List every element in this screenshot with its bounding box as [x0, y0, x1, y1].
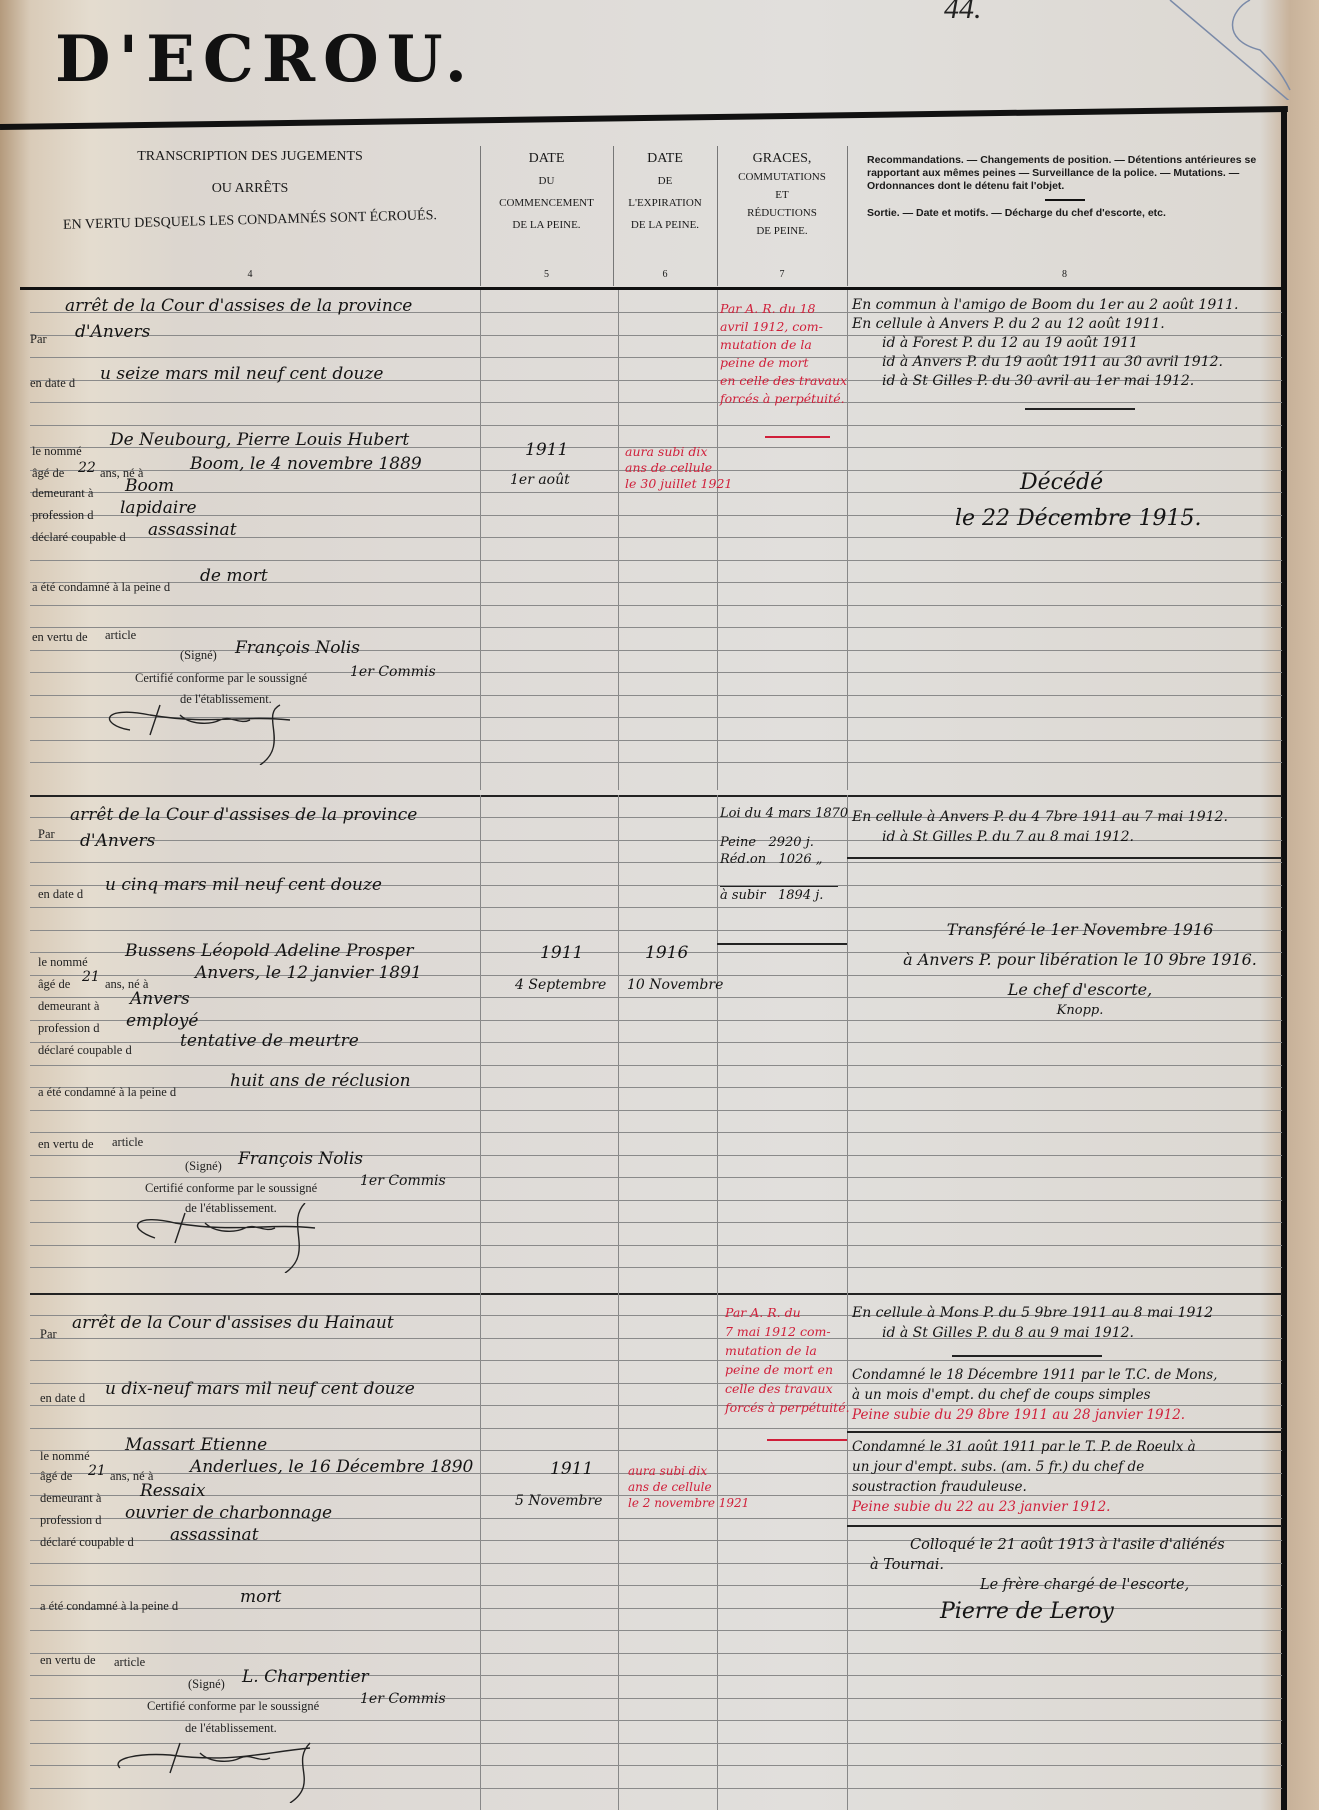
exit-line: Colloqué le 21 août 1913 à l'asile d'ali… [870, 1535, 1225, 1555]
field-start-year: 1911 [550, 1459, 593, 1479]
signature-icon [90, 695, 310, 765]
label-condamne: a été condamné à la peine d [38, 1085, 176, 1100]
field-peine: mort [240, 1587, 281, 1607]
remarks-divider [847, 1525, 1282, 1527]
field-expiration: aura subi dix ans de cellule le 2 novemb… [628, 1463, 749, 1511]
field-par: arrêt de la Cour d'assises de la provinc… [70, 805, 417, 825]
ruled-line [30, 402, 1282, 403]
header-col6-number: 6 [613, 269, 717, 280]
field-exit: Colloqué le 21 août 1913 à l'asile d'ali… [870, 1535, 1225, 1629]
header-col6-line4: de la peine. [613, 216, 717, 234]
field-par: arrêt de la Cour d'assises de la provinc… [65, 296, 412, 316]
red-underline [765, 436, 830, 438]
label-nomme: le nommé [40, 1449, 90, 1464]
register-entry: Par arrêt de la Cour d'assises de la pro… [20, 290, 1282, 790]
header-col8-divider [1045, 199, 1085, 201]
expiration-line: ans de cellule [625, 460, 732, 476]
graces-line: Par A. R. du 18 [720, 300, 847, 318]
exit-line: à Anvers P. pour libération le 10 9bre 1… [900, 945, 1260, 975]
header-col7-line1: Graces, [717, 150, 847, 168]
register-entry: Par arrêt de la Cour d'assises du Hainau… [20, 1293, 1282, 1810]
label-par: Par [30, 332, 47, 347]
label-en-date: en date d [40, 1391, 85, 1406]
label-article: article [105, 628, 136, 643]
header-col8-text2: Sortie. — Date et motifs. — Décharge du … [847, 207, 1282, 220]
header-col7-line3: et [717, 186, 847, 204]
header-col8-number: 8 [847, 269, 1282, 280]
field-ne-a: Anderlues, le 16 Décembre 1890 [190, 1457, 473, 1477]
entry-top-rule [30, 795, 1282, 797]
expiration-line: le 30 juillet 1921 [625, 476, 732, 492]
field-ne-a: Boom, le 4 novembre 1889 [190, 454, 422, 474]
remarks-line: En cellule à Anvers P. du 4 7bre 1911 au… [852, 807, 1228, 827]
field-start-date: 4 Septembre [515, 977, 606, 993]
ruled-line [30, 650, 1282, 651]
graces-line: peine de mort en [725, 1360, 850, 1379]
field-signe: François Nolis [235, 638, 360, 658]
remarks-line: id à St Gilles P. du 30 avril au 1er mai… [852, 372, 1239, 391]
field-par-2: d'Anvers [75, 322, 150, 342]
remarks-line: id à Anvers P. du 19 août 1911 au 30 avr… [852, 353, 1239, 372]
label-signe: (Signé) [185, 1159, 222, 1174]
field-graces: Par A. R. du 18 avril 1912, com- mutatio… [720, 300, 847, 408]
field-graces: Par A. R. du 7 mai 1912 com- mutation de… [725, 1303, 850, 1417]
header-col4-line1: Transcription des jugements [20, 148, 480, 166]
ruled-line [30, 1653, 1282, 1654]
ruled-line [30, 560, 1282, 561]
field-age: 21 [88, 1463, 106, 1479]
remarks-line: soustraction frauduleuse. [852, 1477, 1196, 1497]
field-signe: L. Charpentier [242, 1667, 369, 1687]
label-par: Par [38, 827, 55, 842]
graces-line: Réd.on 1026 „ [720, 851, 848, 868]
header-col7-line2: commutations [717, 168, 847, 186]
col-divider [618, 1293, 619, 1810]
field-remarks-2: Condamné le 18 Décembre 1911 par le T.C.… [852, 1365, 1217, 1425]
graces-line: forcés à perpétuité. [720, 390, 847, 408]
field-start-date: 5 Novembre [515, 1493, 602, 1509]
remarks-line: id à St Gilles P. du 8 au 9 mai 1912. [852, 1323, 1213, 1343]
ruled-line [30, 862, 1282, 863]
label-demeurant: demeurant à [40, 1491, 101, 1506]
ruled-line [30, 1110, 1282, 1111]
header-col5-line2: du [480, 172, 613, 190]
label-par: Par [40, 1327, 57, 1342]
label-en-vertu: en vertu de [32, 630, 88, 645]
ruled-line [30, 1428, 1282, 1429]
field-start-date: 1er août [510, 472, 570, 488]
graces-line: forcés à perpétuité. [725, 1398, 850, 1417]
header-col5-number: 5 [480, 269, 613, 280]
field-start-year: 1911 [525, 440, 568, 460]
col-divider [480, 290, 481, 790]
label-condamne: a été condamné à la peine d [32, 580, 170, 595]
page-number: 44. [944, 0, 982, 26]
remarks-line: En cellule à Anvers P. du 2 au 12 août 1… [852, 315, 1239, 334]
label-signe: (Signé) [188, 1677, 225, 1692]
frame-top-rule [0, 106, 1288, 130]
field-expiration: aura subi dix ans de cellule le 30 juill… [625, 444, 732, 492]
graces-line: mutation de la [720, 336, 847, 354]
field-profession: ouvrier de charbonnage [125, 1503, 332, 1523]
exit-line: Knopp. [900, 1005, 1260, 1017]
label-signe: (Signé) [180, 648, 217, 663]
exit-line: à Tournai. [870, 1555, 1225, 1575]
graces-line: avril 1912, com- [720, 318, 847, 336]
remarks-line: id à Forest P. du 12 au 19 août 1911 [852, 334, 1239, 353]
label-age: âgé de [40, 1469, 72, 1484]
ruled-line [30, 1177, 1282, 1178]
label-nomme: le nommé [38, 955, 88, 970]
expiration-line: le 2 novembre 1921 [628, 1495, 749, 1511]
field-remarks-3: Condamné le 31 août 1911 par le T. P. de… [852, 1437, 1196, 1517]
field-certifie-par: 1er Commis [360, 1173, 446, 1189]
signature-icon [110, 1733, 330, 1803]
pencil-scribble-icon [1160, 0, 1310, 100]
label-nomme: le nommé [32, 444, 82, 459]
label-age: âgé de [32, 466, 64, 481]
col-divider [847, 290, 848, 790]
field-certifie-par: 1er Commis [350, 664, 436, 680]
ruled-line [30, 627, 1282, 628]
col-divider [618, 290, 619, 790]
red-underline [767, 1439, 847, 1441]
header-col-5: Date du commencement de la peine. 5 [480, 146, 614, 286]
field-par: arrêt de la Cour d'assises du Hainaut [72, 1313, 394, 1333]
exit-line: Le chef d'escorte, [900, 975, 1260, 1005]
field-exit: Transféré le 1er Novembre 1916 à Anvers … [900, 915, 1260, 1017]
label-declare: déclaré coupable d [40, 1535, 134, 1550]
header-col5-line1: Date [480, 150, 613, 168]
register-page: D'ECROU. 44. Transcription des jugements… [0, 0, 1319, 1810]
ruled-line [30, 1155, 1282, 1156]
header-col4-line3: en vertu desquels les condamnés sont écr… [20, 206, 480, 236]
header-col7-number: 7 [717, 269, 847, 280]
field-remarks: En commun à l'amigo de Boom du 1er au 2 … [852, 296, 1239, 391]
field-graces: Loi du 4 mars 1870 Peine 2920 j. Réd.on … [720, 805, 848, 904]
remarks-line: à un mois d'empt. du chef de coups simpl… [852, 1385, 1217, 1405]
ruled-line [30, 425, 1282, 426]
label-age: âgé de [38, 977, 70, 992]
header-col6-line1: Date [613, 150, 717, 168]
field-en-date: u seize mars mil neuf cent douze [100, 364, 383, 384]
label-demeurant: demeurant à [38, 999, 99, 1014]
remarks-divider [1025, 408, 1135, 410]
expiration-line: ans de cellule [628, 1479, 749, 1495]
graces-line: mutation de la [725, 1341, 850, 1360]
field-nomme: Massart Etienne [125, 1435, 267, 1455]
field-profession: employé [126, 1011, 198, 1031]
col-divider [717, 795, 718, 1295]
graces-line: à subir 1894 j. [720, 886, 838, 904]
field-age: 21 [82, 969, 100, 985]
remarks-line: En cellule à Mons P. du 5 9bre 1911 au 8… [852, 1303, 1213, 1323]
label-certifie: Certifié conforme par le soussigné [147, 1699, 319, 1714]
label-en-date: en date d [38, 887, 83, 902]
field-remarks: En cellule à Mons P. du 5 9bre 1911 au 8… [852, 1303, 1213, 1343]
header-col6-line2: de [613, 172, 717, 190]
col-divider [717, 1293, 718, 1810]
field-start-year: 1911 [540, 943, 583, 963]
label-en-date: en date d [30, 376, 75, 391]
header-col-4: Transcription des jugements ou arrêts en… [20, 146, 481, 286]
exit-line: Transféré le 1er Novembre 1916 [900, 915, 1260, 945]
graces-line: peine de mort [720, 354, 847, 372]
ruled-line [30, 907, 1282, 908]
register-entry: Par arrêt de la Cour d'assises de la pro… [20, 795, 1282, 1295]
expiration-line: aura subi dix [628, 1463, 749, 1479]
remarks-line-red: Peine subie du 29 8bre 1911 au 28 janvie… [852, 1405, 1217, 1425]
field-peine: huit ans de réclusion [230, 1071, 411, 1091]
header-col6-line3: l'expiration [613, 194, 717, 212]
label-profession: profession d [32, 508, 93, 523]
ruled-line [30, 605, 1282, 606]
label-certifie: Certifié conforme par le soussigné [145, 1181, 317, 1196]
ruled-line [30, 1675, 1282, 1676]
label-declare: déclaré coupable d [32, 530, 126, 545]
graces-line: 7 mai 1912 com- [725, 1322, 850, 1341]
graces-line: Peine 2920 j. [720, 834, 848, 851]
field-remarks: En cellule à Anvers P. du 4 7bre 1911 au… [852, 807, 1228, 847]
field-signe: François Nolis [238, 1149, 363, 1169]
ruled-line [30, 1630, 1282, 1631]
remarks-line-red: Peine subie du 22 au 23 janvier 1912. [852, 1497, 1196, 1517]
remarks-divider [847, 1431, 1282, 1433]
field-end-date: 10 Novembre [627, 977, 723, 993]
header-col7-line5: de peine. [717, 222, 847, 240]
header-col-6: Date de l'expiration de la peine. 6 [613, 146, 718, 286]
entry-top-rule [30, 1293, 1282, 1295]
ruled-line [30, 1020, 1282, 1021]
label-en-vertu: en vertu de [38, 1137, 94, 1152]
remarks-line: un jour d'empt. subs. (am. 5 fr.) du che… [852, 1457, 1196, 1477]
label-demeurant: demeurant à [32, 486, 93, 501]
remarks-divider [952, 1355, 1102, 1357]
field-declare: assassinat [170, 1525, 259, 1545]
field-declare: assassinat [148, 520, 237, 540]
graces-divider [717, 943, 847, 945]
remarks-line: Condamné le 31 août 1911 par le T. P. de… [852, 1437, 1196, 1457]
label-profession: profession d [40, 1513, 101, 1528]
field-ne-a: Anvers, le 12 janvier 1891 [195, 963, 422, 983]
col-divider [618, 795, 619, 1295]
ruled-line [30, 1065, 1282, 1066]
remarks-line: id à St Gilles P. du 7 au 8 mai 1912. [852, 827, 1228, 847]
field-en-date: u cinq mars mil neuf cent douze [105, 875, 382, 895]
label-declare: déclaré coupable d [38, 1043, 132, 1058]
field-exit-status: Décédé [1020, 470, 1103, 495]
graces-line: celle des travaux [725, 1379, 850, 1398]
col-divider [480, 1293, 481, 1810]
field-demeurant: Boom [125, 476, 174, 496]
header-col-8: Recommandations. — Changements de positi… [847, 146, 1282, 286]
exit-line: Le frère chargé de l'escorte, [870, 1575, 1225, 1595]
expiration-line: aura subi dix [625, 444, 732, 460]
signature-icon [115, 1203, 335, 1273]
label-certifie: Certifié conforme par le soussigné [135, 671, 307, 686]
field-exit-date: le 22 Décembre 1915. [955, 506, 1202, 531]
field-end-year: 1916 [645, 943, 688, 963]
label-profession: profession d [38, 1021, 99, 1036]
page-title: D'ECROU. [55, 22, 475, 97]
header-col-7: Graces, commutations et réductions de pe… [717, 146, 848, 286]
remarks-divider [847, 857, 1282, 859]
field-age: 22 [78, 460, 96, 476]
field-profession: lapidaire [120, 498, 197, 518]
header-col5-line3: commencement [480, 194, 613, 212]
field-nomme: De Neubourg, Pierre Louis Hubert [110, 430, 409, 450]
graces-line: Loi du 4 mars 1870 [720, 805, 848, 822]
field-demeurant: Anvers [130, 989, 190, 1009]
field-nomme: Bussens Léopold Adeline Prosper [125, 941, 414, 961]
label-article: article [114, 1655, 145, 1670]
field-demeurant: Ressaix [140, 1481, 205, 1501]
field-declare: tentative de meurtre [180, 1031, 359, 1051]
header-col8-text1: Recommandations. — Changements de positi… [847, 154, 1282, 193]
label-condamne: a été condamné à la peine d [40, 1599, 178, 1614]
field-certifie-par: 1er Commis [360, 1691, 446, 1707]
column-headers: Transcription des jugements ou arrêts en… [20, 146, 1282, 286]
graces-line: Par A. R. du [725, 1303, 850, 1322]
label-en-vertu: en vertu de [40, 1653, 96, 1668]
header-col7-line4: réductions [717, 204, 847, 222]
col-divider [717, 290, 718, 790]
graces-line: en celle des travaux [720, 372, 847, 390]
field-par-2: d'Anvers [80, 831, 155, 851]
label-article: article [112, 1135, 143, 1150]
ruled-line [30, 1360, 1282, 1361]
ruled-line [30, 1132, 1282, 1133]
field-en-date: u dix-neuf mars mil neuf cent douze [105, 1379, 415, 1399]
col-divider [480, 795, 481, 1295]
exit-line: Pierre de Leroy [870, 1595, 1225, 1629]
ruled-line [30, 1087, 1282, 1088]
remarks-line: En commun à l'amigo de Boom du 1er au 2 … [852, 296, 1239, 315]
header-col4-line2: ou arrêts [20, 180, 480, 198]
remarks-line: Condamné le 18 Décembre 1911 par le T.C.… [852, 1365, 1217, 1385]
header-col4-number: 4 [20, 269, 480, 280]
header-col5-line4: de la peine. [480, 216, 613, 234]
field-peine: de mort [200, 566, 268, 586]
